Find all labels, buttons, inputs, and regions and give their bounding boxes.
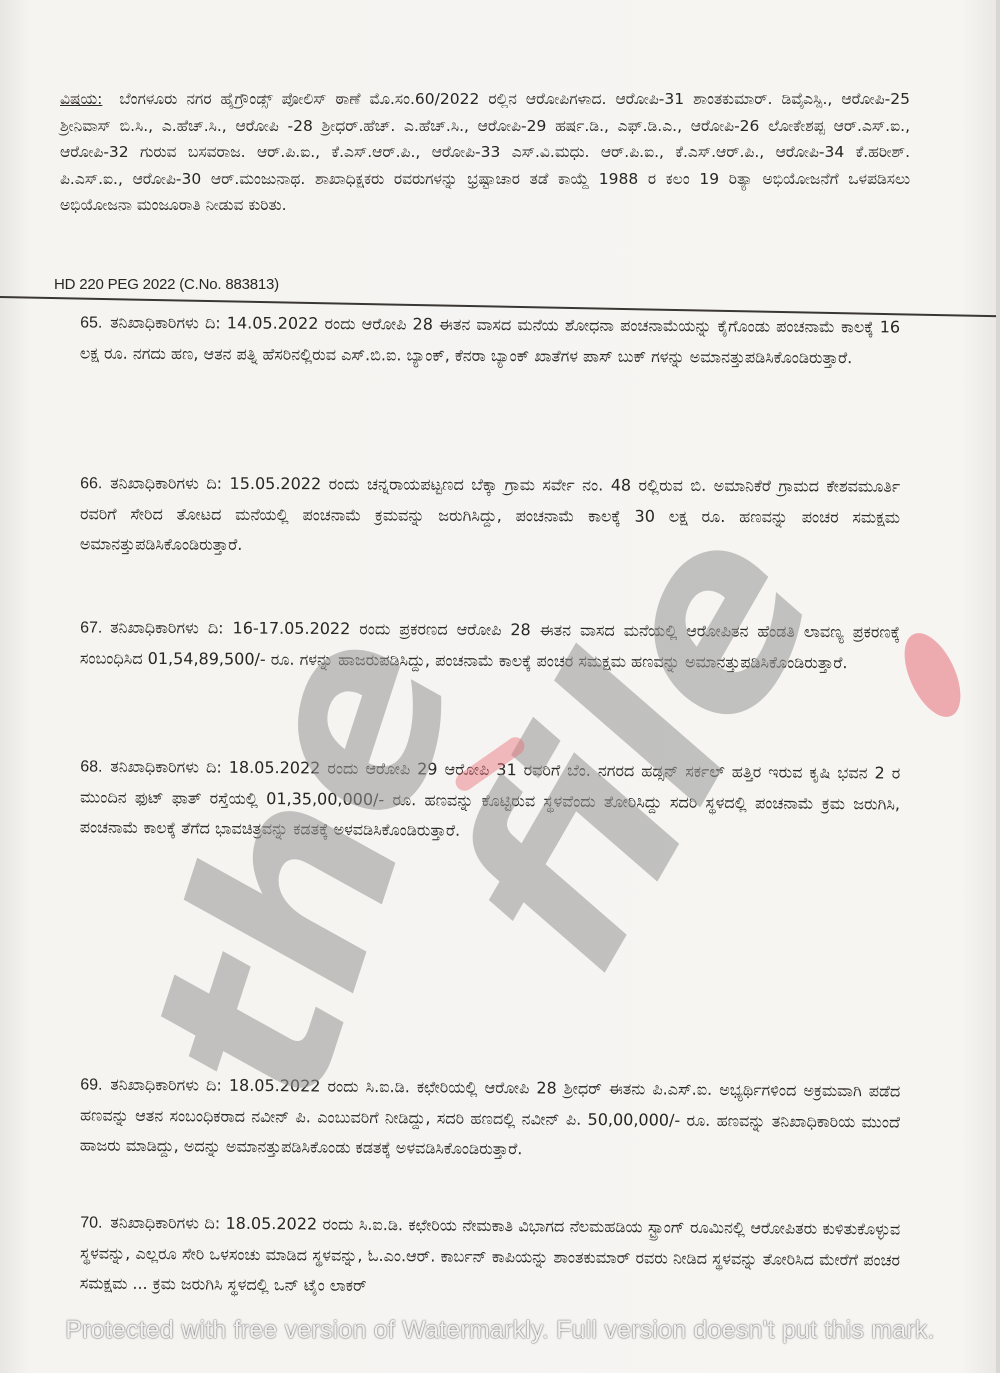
paragraph-text: ತನಿಖಾಧಿಕಾರಿಗಳು ದಿ: 18.05.2022 ರಂದು ಸಿ.ಐ.… [80, 1075, 901, 1159]
paragraph-number: 65. [80, 308, 104, 338]
paragraph-66: 66.ತನಿಖಾಧಿಕಾರಿಗಳು ದಿ: 15.05.2022 ರಂದು ಚನ… [80, 468, 900, 563]
paragraph-number: 66. [80, 469, 104, 499]
watermark-text-the: the [93, 598, 514, 1132]
paragraph-text: ತನಿಖಾಧಿಕಾರಿಗಳು ದಿ: 14.05.2022 ರಂದು ಆರೋಪಿ… [80, 313, 900, 368]
paragraph-65: 65.ತನಿಖಾಧಿಕಾರಿಗಳು ದಿ: 14.05.2022 ರಂದು ಆರ… [80, 307, 900, 373]
page-edge [996, 0, 1000, 1373]
paragraph-text: ತನಿಖಾಧಿಕಾರಿಗಳು ದಿ: 18.05.2022 ರಂದು ಸಿ.ಐ.… [80, 1213, 901, 1295]
paragraph-text: ತನಿಖಾಧಿಕಾರಿಗಳು ದಿ: 15.05.2022 ರಂದು ಚನ್ನರ… [80, 473, 900, 554]
subject-label: ವಿಷಯ: [60, 90, 102, 108]
paragraph-number: 69. [80, 1070, 104, 1100]
paragraph-text: ತನಿಖಾಧಿಕಾರಿಗಳು ದಿ: 18.05.2022 ರಂದು ಆರೋಪಿ… [80, 757, 901, 840]
paragraph-number: 68. [80, 752, 104, 782]
paragraph-68: 68.ತನಿಖಾಧಿಕಾರಿಗಳು ದಿ: 18.05.2022 ರಂದು ಆರ… [80, 751, 901, 849]
reference-number: HD 220 PEG 2022 (C.No. 883813) [54, 276, 279, 293]
paragraph-69: 69.ತನಿಖಾಧಿಕಾರಿಗಳು ದಿ: 18.05.2022 ರಂದು ಸಿ… [80, 1069, 901, 1167]
watermark-dot [893, 625, 972, 726]
paragraph-70: 70.ತನಿಖಾಧಿಕಾರಿಗಳು ದಿ: 18.05.2022 ರಂದು ಸಿ… [80, 1207, 901, 1305]
paragraph-number: 67. [80, 613, 104, 643]
paragraph-number: 70. [80, 1208, 104, 1238]
subject-block: ವಿಷಯ: ಬೆಂಗಳೂರು ನಗರ ಹೈಗ್ರೌಂಡ್ಸ್ ಪೋಲಿಸ್ ಠಾ… [60, 86, 910, 219]
footer-watermark: Protected with free version of Watermark… [0, 1316, 1000, 1345]
paragraph-67: 67.ತನಿಖಾಧಿಕಾರಿಗಳು ದಿ: 16-17.05.2022 ರಂದು… [80, 612, 900, 678]
paragraph-text: ತನಿಖಾಧಿಕಾರಿಗಳು ದಿ: 16-17.05.2022 ರಂದು ಪ್… [80, 618, 900, 673]
subject-text: ಬೆಂಗಳೂರು ನಗರ ಹೈಗ್ರೌಂಡ್ಸ್ ಪೋಲಿಸ್ ಠಾಣೆ ಮೊ.… [60, 90, 910, 214]
document-page: ವಿಷಯ: ಬೆಂಗಳೂರು ನಗರ ಹೈಗ್ರೌಂಡ್ಸ್ ಪೋಲಿಸ್ ಠಾ… [0, 0, 1000, 1373]
